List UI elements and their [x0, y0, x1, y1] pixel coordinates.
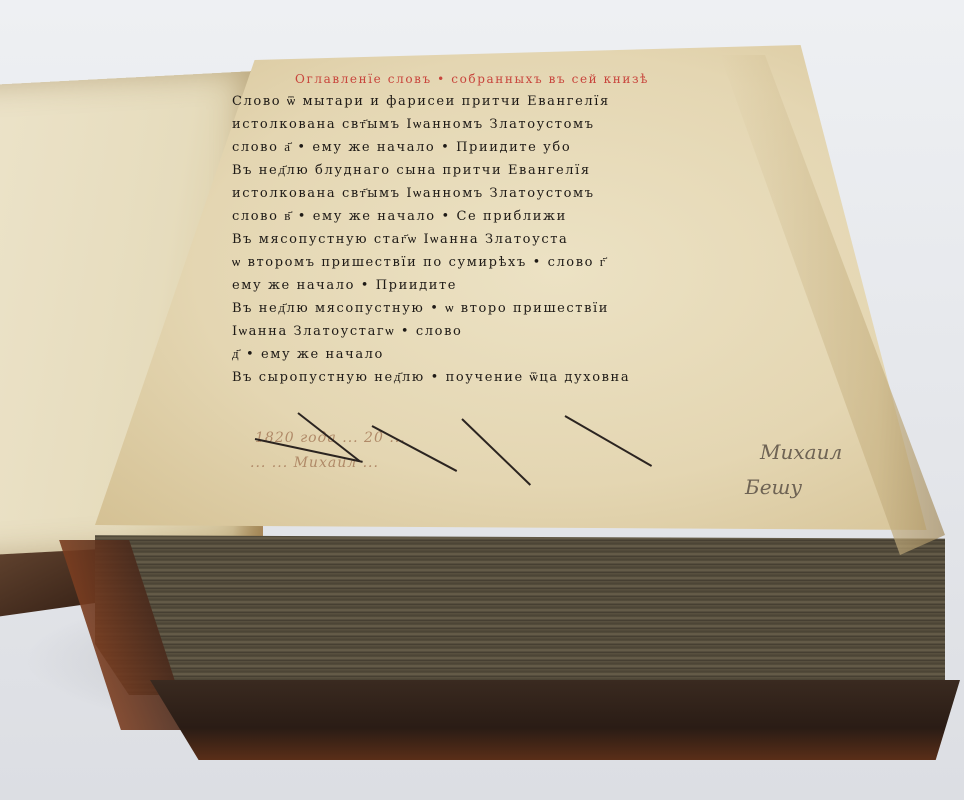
text-line: Въ сыропустную нед҃лю • поучение ѿца дух…: [232, 366, 712, 389]
handwritten-signature: Михаил: [760, 440, 842, 464]
text-line: Іѡанна Златоустагѡ • слово: [232, 320, 712, 343]
text-line: слово в҃ • ему же начало • Се приближи: [232, 205, 712, 228]
photo-scene: Оглавленїе словъ • собранныхъ въ сей кни…: [0, 0, 964, 800]
text-line: ѡ второмъ пришествїи по сумирѣхъ • слово…: [232, 251, 712, 274]
text-line: Слово ѿ мытари и фарисеи притчи Евангелї…: [232, 90, 712, 113]
page-text: Оглавленїе словъ • собранныхъ въ сей кни…: [232, 72, 712, 389]
text-line: ему же начало • Приидите: [232, 274, 712, 297]
text-line: слово а҃ • ему же начало • Приидите убо: [232, 136, 712, 159]
handwritten-signature: Бешу: [745, 475, 802, 499]
text-line: д҃ • ему же начало: [232, 343, 712, 366]
text-line: истолкована свт҃ымъ Іѡанномъ Златоустомъ: [232, 182, 712, 205]
page-block-edges: [95, 525, 945, 695]
text-line: Въ нед҃лю блуднаго сына притчи Евангелїя: [232, 159, 712, 182]
page-rubric: Оглавленїе словъ • собранныхъ въ сей кни…: [232, 72, 712, 86]
handwritten-inscription: ... ... Михаил ...: [250, 455, 379, 471]
text-line: истолкована свт҃ымъ Іѡанномъ Златоустомъ: [232, 113, 712, 136]
leather-spine: [150, 680, 960, 760]
text-line: Въ нед҃лю мясопустную • ѡ второ пришеств…: [232, 297, 712, 320]
text-line: Въ мясопустную стаг҃ѡ Іѡанна Златоуста: [232, 228, 712, 251]
